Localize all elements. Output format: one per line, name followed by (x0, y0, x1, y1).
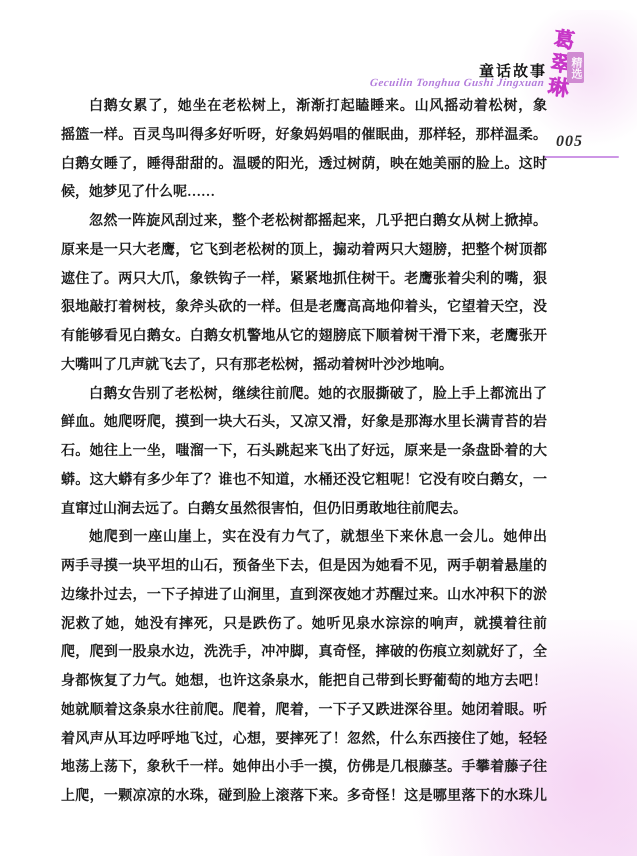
text-line: 遮住了。两只大爪，象铁钩子一样，紧紧地抓住树干。老鹰张着尖利的嘴，狠 (61, 266, 547, 295)
text-line: 地荡上荡下，象秋千一样。她伸出小手一摸，仿佛是几根藤茎。手攀着藤子往 (61, 754, 547, 783)
text-line: 着风声从耳边呼呼地飞过，心想，要摔死了！忽然，什么东西接住了她，轻轻 (61, 726, 547, 755)
text-line: 忽然一阵旋风刮过来，整个老松树都摇起来，几乎把白鹅女从树上掀掉。 (61, 208, 547, 237)
text-line: 两手寻摸一块平坦的山石，预备坐下去，但是因为她看不见，两手朝着悬崖的 (61, 553, 547, 582)
text-line: 白鹅女累了，她坐在老松树上，渐渐打起瞌睡来。山风摇动着松树，象 (61, 93, 547, 122)
text-line: 原来是一只大老鹰，它飞到老松树的顶上，搧动着两只大翅膀，把整个树顶都 (61, 237, 547, 266)
text-line: 白鹅女睡了，睡得甜甜的。温暖的阳光，透过树荫，映在她美丽的脸上。这时 (61, 151, 547, 180)
text-line: 摇篮一样。百灵鸟叫得多好听呀，好象妈妈唱的催眠曲，那样轻，那样温柔。 (61, 122, 547, 151)
text-line: 身都恢复了力气。她想，也许这条泉水，能把自己带到长野葡萄的地方去吧！ (61, 668, 547, 697)
text-line: 爬，爬到一股泉水边，洗洗手，冲冲脚，真奇怪，摔破的伤痕立刻就好了，全 (61, 639, 547, 668)
body-text: 白鹅女累了，她坐在老松树上，渐渐打起瞌睡来。山风摇动着松树，象摇篮一样。百灵鸟叫… (61, 93, 547, 812)
jingxuan-seal: 精选 (567, 52, 584, 83)
text-line: 她就顺着这条泉水往前爬。爬着，爬着，一下子又跌进深谷里。她闭着眼。听 (61, 697, 547, 726)
text-line: 狠地敲打着树枝，象斧头砍的一样。但是老鹰高高地仰着头，它望着天空，没 (61, 294, 547, 323)
text-line: 泥救了她，她没有摔死，只是跌伤了。她听见泉水淙淙的响声，就摸着往前 (61, 611, 547, 640)
text-line: 鲜血。她爬呀爬，摸到一块大石头，又凉又滑，好象是那海水里长满青苔的岩 (61, 409, 547, 438)
page-number: 005 (556, 133, 583, 151)
book-page: 童话故事 Gecuilin Tonghua Gushi Jingxuan 葛翠琳… (0, 0, 637, 856)
text-line: 候，她梦见了什么呢…… (61, 179, 547, 208)
text-line: 有能够看见白鹅女。白鹅女机警地从它的翅膀底下顺着树干滑下来，老鹰张开 (61, 323, 547, 352)
text-line: 大嘴叫了几声就飞去了，只有那老松树，摇动着树叶沙沙地响。 (61, 352, 547, 381)
series-pinyin-script: Gecuilin Tonghua Gushi Jingxuan (369, 77, 545, 89)
text-line: 石。她往上一坐，嗤溜一下，石头跳起来飞出了好远，原来是一条盘卧着的大 (61, 438, 547, 467)
text-line: 边缘扑过去，一下子掉进了山涧里，直到深夜她才苏醒过来。山水冲积下的淤 (61, 582, 547, 611)
page-number-rule (543, 156, 619, 158)
jingxuan-seal-label: 精选 (567, 57, 584, 79)
text-line: 白鹅女告别了老松树，继续往前爬。她的衣服撕破了，脸上手上都流出了 (61, 381, 547, 410)
text-line: 直窜过山涧去远了。白鹅女虽然很害怕，但仍旧勇敢地往前爬去。 (61, 496, 547, 525)
text-line: 上爬，一颗凉凉的水珠，碰到脸上滚落下来。多奇怪！这是哪里落下的水珠儿 (61, 783, 547, 812)
text-line: 蟒。这大蟒有多少年了？谁也不知道，水桶还没它粗呢！它没有咬白鹅女，一 (61, 467, 547, 496)
text-line: 她爬到一座山崖上，实在没有力气了，就想坐下来休息一会儿。她伸出 (61, 524, 547, 553)
